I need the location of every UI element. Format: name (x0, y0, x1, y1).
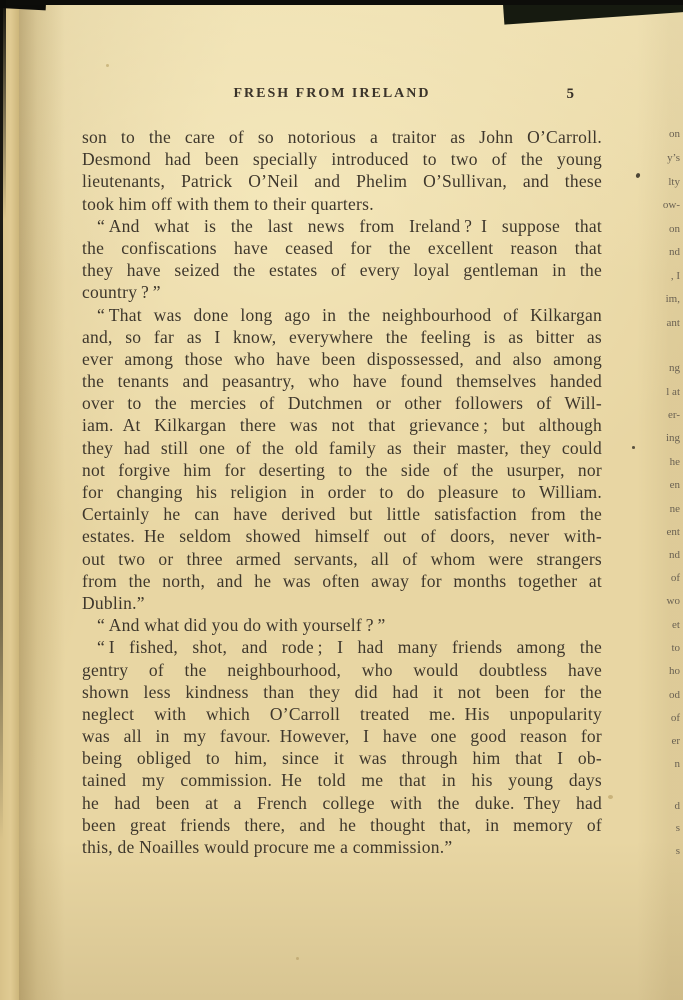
text-line: estates. He seldom showed himself out of… (82, 525, 602, 547)
text-line: not forgive him for deserting to the sid… (82, 459, 602, 481)
gutter-text-fragment: on (669, 223, 680, 235)
text-line: iam. At Kilkargan there was not that gri… (82, 414, 602, 436)
gutter-text-fragment: im, (666, 293, 680, 305)
gutter-text-fragment: of (671, 572, 680, 584)
gutter-text-fragment: wo (667, 595, 680, 607)
gutter-text-fragment: ng (669, 362, 680, 374)
gutter-text-fragment: ing (666, 432, 680, 444)
gutter-text-fragment: to (671, 642, 680, 654)
text-line: “ I fished, shot, and rode ; I had many … (82, 636, 602, 658)
text-line: tained my commission. He told me that in… (82, 769, 602, 791)
text-line: the confiscations have ceased for the ex… (82, 237, 602, 259)
text-line: they had still one of the old family as … (82, 437, 602, 459)
text-block: son to the care of so notorious a traito… (82, 126, 602, 858)
gutter-text-fragment: s (676, 845, 680, 857)
gutter-text-fragment: of (671, 712, 680, 724)
gutter-text-fragment: d (675, 800, 681, 812)
gutter-text-fragment: l at (666, 386, 680, 398)
text-line: they have seized the estates of every lo… (82, 259, 602, 281)
gutter-text-fragment: nd (669, 549, 680, 561)
gutter-text-fragment: ent (667, 526, 680, 538)
gutter-text-fragment: n (675, 758, 681, 770)
text-line: Desmond had been specially introduced to… (82, 148, 602, 170)
text-line: been great friends there, and he thought… (82, 814, 602, 836)
ink-speck (632, 446, 635, 449)
gutter-text-fragment: ne (670, 503, 680, 515)
gutter-shadow (19, 0, 65, 1000)
text-line: for changing his religion in order to do… (82, 481, 602, 503)
text-line: country ? ” (82, 281, 602, 303)
gutter-text-fragment: nd (669, 246, 680, 258)
text-line: this, de Noailles would procure me a com… (82, 836, 602, 858)
text-line: son to the care of so notorious a traito… (82, 126, 602, 148)
text-line: the tenants and peasantry, who have foun… (82, 370, 602, 392)
gutter-text-fragment: , I (671, 270, 680, 282)
text-line: “ And what is the last news from Ireland… (82, 215, 602, 237)
scan-edge-left-thin (0, 0, 3, 840)
gutter-text-fragment: y’s (667, 152, 680, 164)
text-line: neglect with which O’Carroll treated me.… (82, 703, 602, 725)
text-line: ever among those who have been disposses… (82, 348, 602, 370)
gutter-text-fragment: ant (667, 317, 680, 329)
text-line: and, so far as I know, everywhere the fe… (82, 326, 602, 348)
scan-edge-top (0, 0, 683, 5)
text-line: Certainly he can have derived but little… (82, 503, 602, 525)
gutter-text-fragment: od (669, 689, 680, 701)
running-header: FRESH FROM IRELAND 5 (82, 86, 602, 106)
gutter-text-fragment: er- (668, 409, 680, 421)
gutter-text-fragment: s (676, 822, 680, 834)
text-line: he had been at a French college with the… (82, 792, 602, 814)
gutter-text-fragment: lty (668, 176, 680, 188)
text-line: being obliged to him, since it was throu… (82, 747, 602, 769)
page-title: FRESH FROM IRELAND (72, 86, 592, 102)
text-line: lieutenants, Patrick O’Neil and Phelim O… (82, 170, 602, 192)
gutter-text-fragment: ho (669, 665, 680, 677)
text-line: over to the mercies of Dutchmen or other… (82, 392, 602, 414)
gutter-text-fragment: on (669, 128, 680, 140)
text-line: “ That was done long ago in the neighbou… (82, 304, 602, 326)
text-line: “ And what did you do with yourself ? ” (82, 614, 602, 636)
text-line: took him off with them to their quarters… (82, 193, 602, 215)
text-line: Dublin.” (82, 592, 602, 614)
gutter-text-fragment: he (670, 456, 680, 468)
gutter-text-fragment: et (672, 619, 680, 631)
text-line: was all in my favour. However, I have on… (82, 725, 602, 747)
gutter-text-fragment: ow- (663, 199, 680, 211)
text-line: from the north, and he was often away fo… (82, 570, 602, 592)
ink-speck (635, 172, 641, 178)
text-line: gentry of the neighbourhood, who would d… (82, 659, 602, 681)
paper-speck (608, 795, 613, 799)
page-number: 5 (567, 86, 575, 103)
paper-speck (296, 957, 299, 960)
gutter-text-fragment: en (670, 479, 680, 491)
gutter-text-fragment: er (671, 735, 680, 747)
paper-speck (106, 64, 109, 67)
book-page-scan: ony’sltyow-onnd, Iim,antngl ater-ingheen… (0, 0, 683, 1000)
text-line: out two or three armed servants, all of … (82, 548, 602, 570)
text-line: shown less kindness than they did had it… (82, 681, 602, 703)
